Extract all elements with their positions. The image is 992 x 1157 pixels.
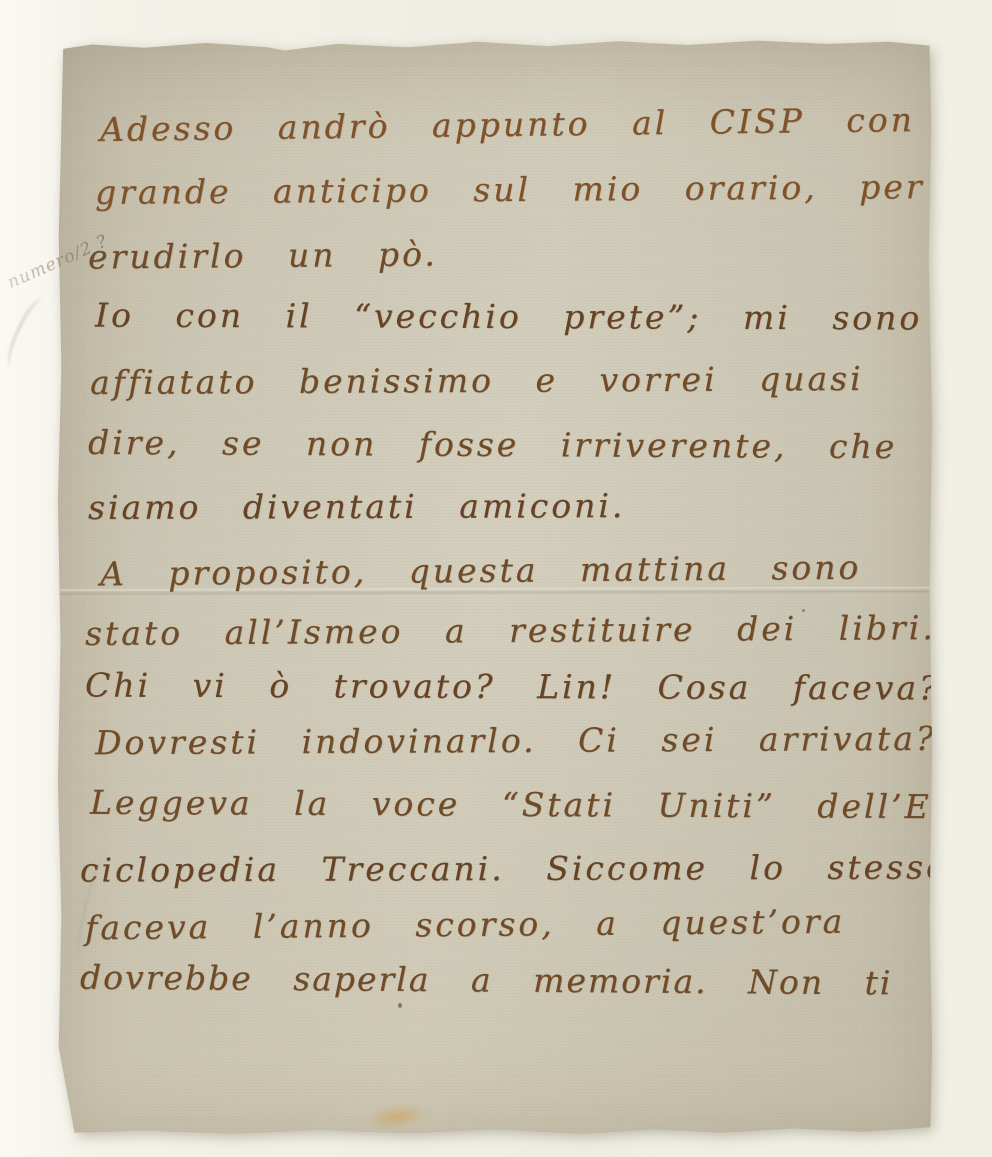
letter-scan-background: Adesso andrò appunto al CISP con grande … — [0, 0, 992, 1157]
letter-line: faceva l’anno scorso, a quest’ora — [85, 902, 846, 948]
letter-line: Dovresti indovinarlo. Ci sei arrivata? — [95, 719, 937, 762]
letter-paper: Adesso andrò appunto al CISP con grande … — [57, 39, 933, 1135]
ink-speck — [802, 609, 805, 612]
handwritten-text-layer: Adesso andrò appunto al CISP con grande … — [57, 39, 933, 1135]
letter-line: stato all’Ismeo a restituire dei libri. — [85, 608, 936, 653]
letter-line: grande anticipo sul mio orario, per — [95, 167, 925, 212]
letter-line: siamo diventati amiconi. — [88, 486, 625, 527]
letter-line: Chi vi ò trovato? Lin! Cosa faceva? — [85, 666, 940, 708]
letter-line: affiatato benissimo e vorrei quasi — [90, 359, 864, 402]
letter-line: ciclopedia Treccani. Siccome lo stesso — [80, 847, 949, 889]
letter-line: Adesso andrò appunto al CISP con — [100, 100, 915, 149]
letter-line: dovrebbe saperla a memoria. Non ti pare? — [80, 958, 992, 1004]
letter-line: dire, se non fosse irriverente, che — [88, 423, 897, 466]
ink-speck — [398, 1003, 402, 1008]
paper-shadow-wrap: Adesso andrò appunto al CISP con grande … — [0, 0, 992, 1157]
letter-line: erudirlo un pò. — [88, 234, 438, 276]
letter-line: A proposito, questa mattina sono — [100, 548, 862, 594]
letter-line: Io con il “vecchio prete”; mi sono — [95, 296, 922, 338]
letter-line: Leggeva la voce “Stati Uniti” dell’En- — [90, 783, 970, 827]
